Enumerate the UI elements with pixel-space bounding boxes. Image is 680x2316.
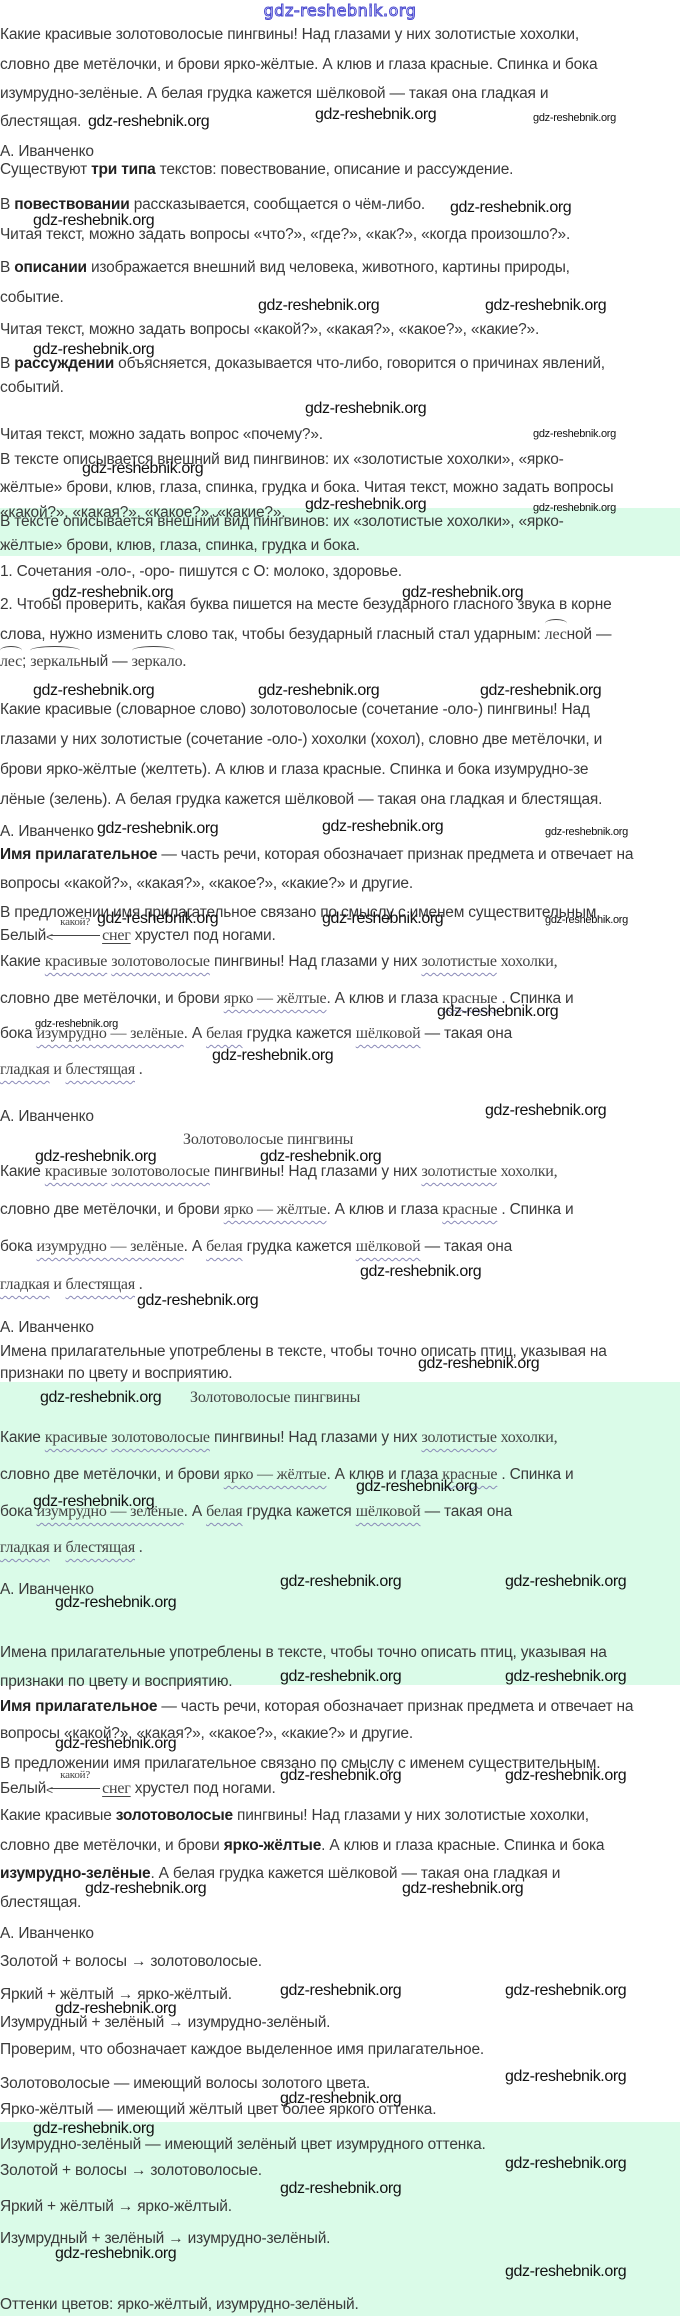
spelling-line: глазами у них золотистые (сочетание -оло… bbox=[0, 730, 602, 750]
watermark: gdz-reshebnik.org bbox=[485, 297, 606, 315]
adjective-example: Белыйкакой?<снег хрустел под ногами. bbox=[0, 926, 276, 946]
watermark: gdz-reshebnik.org bbox=[305, 400, 426, 418]
watermark: gdz-reshebnik.org bbox=[450, 199, 571, 217]
formation-line: Золотой + волосы → золотоволосые. bbox=[0, 1952, 262, 1972]
answer-line: В тексте описывается внешний вид пингвин… bbox=[0, 512, 564, 532]
arrow-left-icon: < bbox=[46, 1780, 53, 1800]
marked-line: словно две метёлочки, и брови ярко — жёл… bbox=[0, 1465, 574, 1485]
marked-line: Какие красивые золотоволосые пингвины! Н… bbox=[0, 1428, 557, 1448]
noun: снег bbox=[102, 927, 131, 944]
watermark: gdz-reshebnik.org bbox=[55, 1594, 176, 1612]
marked-line: гладкая и блестящая . bbox=[0, 1538, 143, 1558]
spelling-line: брови ярко-жёлтые (желтеть). А клюв и гл… bbox=[0, 760, 588, 780]
answer-line: Оттенки цветов: ярко-жёлтый, изумрудно-з… bbox=[0, 2295, 359, 2315]
watermark: gdz-reshebnik.org bbox=[418, 1355, 539, 1373]
watermark: gdz-reshebnik.org bbox=[40, 1389, 161, 1407]
adjective-def: Имя прилагательное — часть речи, которая… bbox=[0, 1697, 633, 1717]
watermark: gdz-reshebnik.org bbox=[356, 1478, 477, 1496]
watermark: gdz-reshebnik.org bbox=[55, 1735, 176, 1753]
watermark: gdz-reshebnik.org bbox=[280, 2090, 401, 2108]
watermark: gdz-reshebnik.org bbox=[280, 2180, 401, 2198]
bold-text-line: словно две метёлочки, и брови ярко-жёлты… bbox=[0, 1836, 604, 1856]
watermark: gdz-reshebnik.org bbox=[33, 341, 154, 359]
site-logo[interactable]: gdz-reshebnik.org bbox=[0, 0, 680, 22]
noun: снег bbox=[102, 1780, 131, 1797]
root-mark: лес bbox=[0, 652, 22, 672]
watermark: gdz-reshebnik.org bbox=[402, 584, 523, 602]
watermark: gdz-reshebnik.org bbox=[280, 1668, 401, 1686]
watermark: gdz-reshebnik.org bbox=[212, 1047, 333, 1065]
watermark: gdz-reshebnik.org bbox=[88, 113, 209, 131]
text-title: Золотоволосые пингвины bbox=[183, 1131, 353, 1149]
marked-line: Какие красивые золотоволосые пингвины! Н… bbox=[0, 952, 557, 972]
question-arrow: какой?< bbox=[46, 1779, 102, 1793]
watermark: gdz-reshebnik.org bbox=[315, 106, 436, 124]
watermark: gdz-reshebnik.org bbox=[280, 1982, 401, 2000]
watermark: gdz-reshebnik.org bbox=[280, 1767, 401, 1785]
author: А. Иванченко bbox=[0, 142, 94, 162]
root-mark: лес bbox=[545, 625, 567, 645]
check-line: Проверим, что обозначает каждое выделенн… bbox=[0, 2040, 484, 2060]
description-def-cont: событие. bbox=[0, 288, 64, 308]
watermark: gdz-reshebnik.org bbox=[33, 2120, 154, 2138]
reasoning-questions: Читая текст, можно задать вопрос «почему… bbox=[0, 425, 323, 445]
watermark: gdz-reshebnik.org bbox=[35, 1018, 118, 1030]
watermark: gdz-reshebnik.org bbox=[505, 1668, 626, 1686]
watermark: gdz-reshebnik.org bbox=[33, 682, 154, 700]
purpose-line: Имена прилагательные употреблены в текст… bbox=[0, 1643, 607, 1663]
watermark: gdz-reshebnik.org bbox=[505, 1982, 626, 2000]
types-intro: Существуют три типа текстов: повествован… bbox=[0, 160, 513, 180]
watermark: gdz-reshebnik.org bbox=[505, 2263, 626, 2281]
text-line: блестящая. bbox=[0, 112, 81, 132]
watermark: gdz-reshebnik.org bbox=[533, 502, 616, 514]
question-arrow: какой?< bbox=[46, 926, 102, 940]
author: А. Иванченко bbox=[0, 1107, 94, 1127]
rule-2-cont: слова, нужно изменить слово так, чтобы б… bbox=[0, 625, 611, 645]
root-mark: зеркал bbox=[132, 652, 175, 672]
watermark: gdz-reshebnik.org bbox=[533, 112, 616, 124]
adjective-link: В предложении имя прилагательное связано… bbox=[0, 903, 600, 923]
rule-1: 1. Сочетания -оло-, -оро- пишутся с О: м… bbox=[0, 562, 402, 582]
adjective-def-cont: вопросы «какой?», «какая?», «какое?», «к… bbox=[0, 874, 413, 894]
adjective-def: Имя прилагательное — часть речи, которая… bbox=[0, 845, 633, 865]
watermark: gdz-reshebnik.org bbox=[505, 2068, 626, 2086]
watermark: gdz-reshebnik.org bbox=[402, 1880, 523, 1898]
watermark: gdz-reshebnik.org bbox=[305, 496, 426, 514]
watermark: gdz-reshebnik.org bbox=[437, 1003, 558, 1021]
author: А. Иванченко bbox=[0, 1318, 94, 1338]
spelling-line: Какие красивые (словарное слово) золотов… bbox=[0, 700, 590, 720]
bold-text-line: блестящая. bbox=[0, 1893, 81, 1913]
text-line: словно две метёлочки, и брови ярко-жёлты… bbox=[0, 55, 597, 75]
marked-line: словно две метёлочки, и брови ярко — жёл… bbox=[0, 1200, 574, 1220]
answer-line: Золотой + волосы → золотоволосые. bbox=[0, 2161, 262, 2181]
watermark: gdz-reshebnik.org bbox=[55, 2000, 176, 2018]
purpose-line: признаки по цвету и восприятию. bbox=[0, 1364, 232, 1384]
text-line: Какие красивые золотоволосые пингвины! Н… bbox=[0, 25, 579, 45]
bold-text-line: Какие красивые золотоволосые пингвины! Н… bbox=[0, 1806, 589, 1826]
answer-line: жёлтые» брови, клюв, глаза, спинка, груд… bbox=[0, 536, 360, 556]
author: А. Иванченко bbox=[0, 1924, 94, 1944]
watermark: gdz-reshebnik.org bbox=[505, 2155, 626, 2173]
watermark: gdz-reshebnik.org bbox=[322, 910, 443, 928]
purpose-line: признаки по цвету и восприятию. bbox=[0, 1672, 232, 1692]
description-questions: Читая текст, можно задать вопросы «какой… bbox=[0, 320, 539, 340]
watermark: gdz-reshebnik.org bbox=[480, 682, 601, 700]
watermark: gdz-reshebnik.org bbox=[322, 818, 443, 836]
text-line: изумрудно-зелёные. А белая грудка кажетс… bbox=[0, 84, 548, 104]
marked-line: бока изумрудно — зелёные. А белая грудка… bbox=[0, 1237, 512, 1257]
watermark: gdz-reshebnik.org bbox=[97, 820, 218, 838]
watermark: gdz-reshebnik.org bbox=[33, 212, 154, 230]
meaning-line: Изумрудно-зелёный — имеющий зелёный цвет… bbox=[0, 2135, 486, 2155]
watermark: gdz-reshebnik.org bbox=[85, 1880, 206, 1898]
spelling-line: лёные (зелень). А белая грудка кажется ш… bbox=[0, 790, 602, 810]
watermark: gdz-reshebnik.org bbox=[258, 682, 379, 700]
watermark: gdz-reshebnik.org bbox=[82, 460, 203, 478]
watermark: gdz-reshebnik.org bbox=[505, 1573, 626, 1591]
marked-line: гладкая и блестящая . bbox=[0, 1275, 143, 1295]
text-title: Золотоволосые пингвины bbox=[190, 1389, 360, 1407]
watermark: gdz-reshebnik.org bbox=[137, 1292, 258, 1310]
arrow-left-icon: < bbox=[46, 927, 53, 947]
watermark: gdz-reshebnik.org bbox=[35, 1148, 156, 1166]
description-def: В описании изображается внешний вид чело… bbox=[0, 258, 570, 278]
analysis-line: жёлтые» брови, клюв, глаза, спинка, груд… bbox=[0, 478, 613, 498]
watermark: gdz-reshebnik.org bbox=[280, 1573, 401, 1591]
watermark: gdz-reshebnik.org bbox=[55, 2245, 176, 2263]
watermark: gdz-reshebnik.org bbox=[545, 826, 628, 838]
watermark: gdz-reshebnik.org bbox=[97, 910, 218, 928]
watermark: gdz-reshebnik.org bbox=[360, 1263, 481, 1281]
watermark: gdz-reshebnik.org bbox=[545, 914, 628, 926]
reasoning-def-cont: событий. bbox=[0, 378, 64, 398]
marked-line: гладкая и блестящая . bbox=[0, 1060, 143, 1080]
author: А. Иванченко bbox=[0, 822, 94, 842]
watermark: gdz-reshebnik.org bbox=[533, 428, 616, 440]
root-mark: зеркаль bbox=[30, 652, 80, 672]
watermark: gdz-reshebnik.org bbox=[260, 1148, 381, 1166]
watermark: gdz-reshebnik.org bbox=[33, 1493, 154, 1511]
watermark: gdz-reshebnik.org bbox=[505, 1767, 626, 1785]
watermark: gdz-reshebnik.org bbox=[258, 297, 379, 315]
watermark: gdz-reshebnik.org bbox=[52, 584, 173, 602]
rule-2-examples: лес; зеркальный — зеркало. bbox=[0, 652, 186, 672]
adjective-example: Белыйкакой?<снег хрустел под ногами. bbox=[0, 1779, 276, 1799]
watermark: gdz-reshebnik.org bbox=[485, 1102, 606, 1120]
answer-line: Яркий + жёлтый → ярко-жёлтый. bbox=[0, 2197, 232, 2217]
